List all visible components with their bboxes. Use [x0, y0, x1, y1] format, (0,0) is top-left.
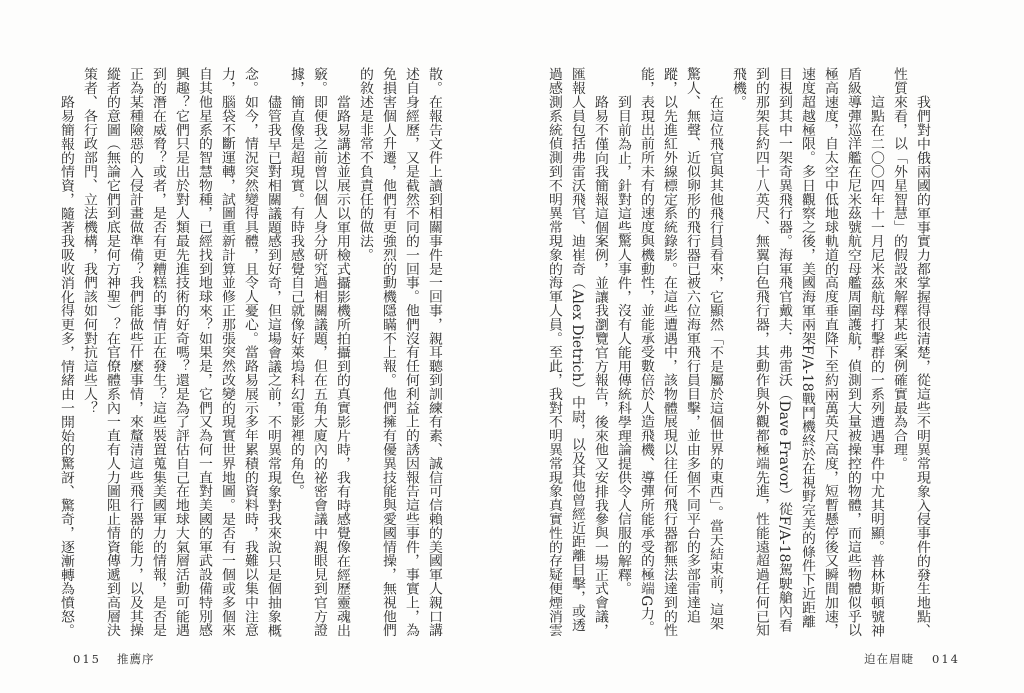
- paragraph: 儘管我早已對相關議題感到好奇，但這場會議之前，不明異常現象對我來說只是個抽象概念…: [77, 67, 284, 638]
- paragraph: 路易不僅向我簡報這個案例，並讓我瀏覽官方報告，後來他又安排我參與一場正式會議，匯…: [542, 67, 611, 638]
- book-spread: 我們對中俄兩國的軍事實力都掌握得很清楚，從這些不明異常現象入侵事件的發生地點、性…: [0, 0, 1024, 693]
- paragraph: 我們對中俄兩國的軍事實力都掌握得很清楚，從這些不明異常現象入侵事件的發生地點、性…: [887, 67, 933, 638]
- page-number: 015: [73, 652, 101, 666]
- page-right-footer: 迫在眉睫014: [864, 651, 960, 667]
- running-title: 迫在眉睫: [864, 652, 914, 666]
- paragraph: 當路易講述並展示以軍用檢式攝影機所拍攝到的真實影片時，我有時感覺像在經歷靈魂出竅…: [284, 67, 353, 638]
- page-number: 014: [932, 652, 960, 666]
- paragraph: 到目前為止，針對這些驚人事件，沒有人能用傳統科學理論提供令人信服的解釋。: [611, 67, 634, 638]
- paragraph-continuation: 散。在報告文件上讀到相關事件是一回事，親耳聽到訓練有素、誠信可信賴的美國軍人親口…: [353, 67, 445, 638]
- paragraph: 這點在二〇〇四年十一月尼米茲航母打擊群的一系列遭遇事件中尤其明顯。普林斯頓號神盾…: [726, 67, 887, 638]
- page-right-text-block: 我們對中俄兩國的軍事實力都掌握得很清楚，從這些不明異常現象入侵事件的發生地點、性…: [542, 67, 933, 638]
- paragraph: 在這位飛官與其他飛行員看來，它顯然「不是屬於這個世界的東西」。當天結束前，這架驚…: [634, 67, 726, 638]
- page-left-text-block: 散。在報告文件上讀到相關事件是一回事，親耳聽到訓練有素、誠信可信賴的美國軍人親口…: [54, 67, 445, 638]
- section-title: 推薦序: [117, 652, 155, 666]
- paragraph: 路易簡報的情資，隨著我吸收消化得更多，情緒由一開始的驚訝、驚奇，逐漸轉為憤怒。: [54, 67, 77, 638]
- page-left-footer: 015推薦序: [73, 651, 154, 667]
